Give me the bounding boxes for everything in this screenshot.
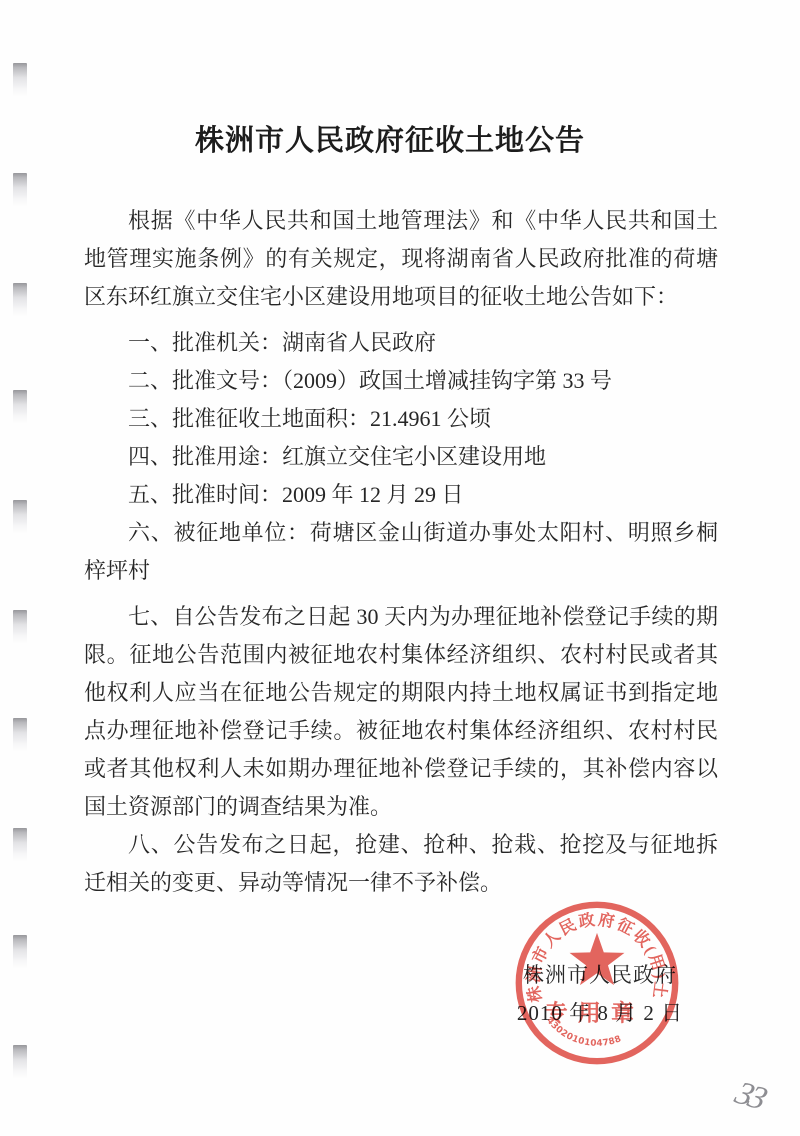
handwritten-page-note: 33 <box>730 1076 770 1118</box>
document-body: 根据《中华人民共和国土地管理法》和《中华人民共和国土地管理实施条例》的有关规定，… <box>84 202 718 902</box>
binder-hole-mark <box>13 935 27 968</box>
paragraph-item-7: 七、自公告发布之日起 30 天内为办理征地补偿登记手续的期限。征地公告范围内被征… <box>84 598 718 826</box>
binder-hole-mark <box>13 718 27 751</box>
signature-date: 2010 年 8 月 2 日 <box>480 994 720 1032</box>
document-title: 株洲市人民政府征收土地公告 <box>0 118 780 159</box>
paragraph-item-5: 五、批准时间：2009 年 12 月 29 日 <box>84 476 718 514</box>
paragraph-item-6: 六、被征地单位：荷塘区金山街道办事处太阳村、明照乡桐梓坪村 <box>84 514 718 590</box>
paragraph-item-2: 二、批准文号：（2009）政国土增减挂钩字第 33 号 <box>84 362 718 400</box>
binder-hole-mark <box>13 610 27 643</box>
binder-hole-mark <box>13 173 27 206</box>
paragraph-item-1: 一、批准机关：湖南省人民政府 <box>84 324 718 362</box>
binder-hole-mark <box>13 1045 27 1078</box>
binder-hole-mark <box>13 500 27 533</box>
signature-issuer: 株洲市人民政府 <box>480 956 720 994</box>
scanned-document-page: 株洲市人民政府征收土地公告 根据《中华人民共和国土地管理法》和《中华人民共和国土… <box>0 0 800 1136</box>
binder-hole-mark <box>13 63 27 96</box>
binder-hole-mark <box>13 828 27 861</box>
paragraph-item-4: 四、批准用途：红旗立交住宅小区建设用地 <box>84 438 718 476</box>
binder-hole-mark <box>13 390 27 423</box>
signature-block: 株洲市人民政府 2010 年 8 月 2 日 <box>480 956 720 1032</box>
paragraph-item-8: 八、公告发布之日起，抢建、抢种、抢栽、抢挖及与征地拆迁相关的变更、异动等情况一律… <box>84 826 718 902</box>
paragraph-intro: 根据《中华人民共和国土地管理法》和《中华人民共和国土地管理实施条例》的有关规定，… <box>84 202 718 316</box>
binder-hole-mark <box>13 283 27 316</box>
paragraph-item-3: 三、批准征收土地面积：21.4961 公顷 <box>84 400 718 438</box>
